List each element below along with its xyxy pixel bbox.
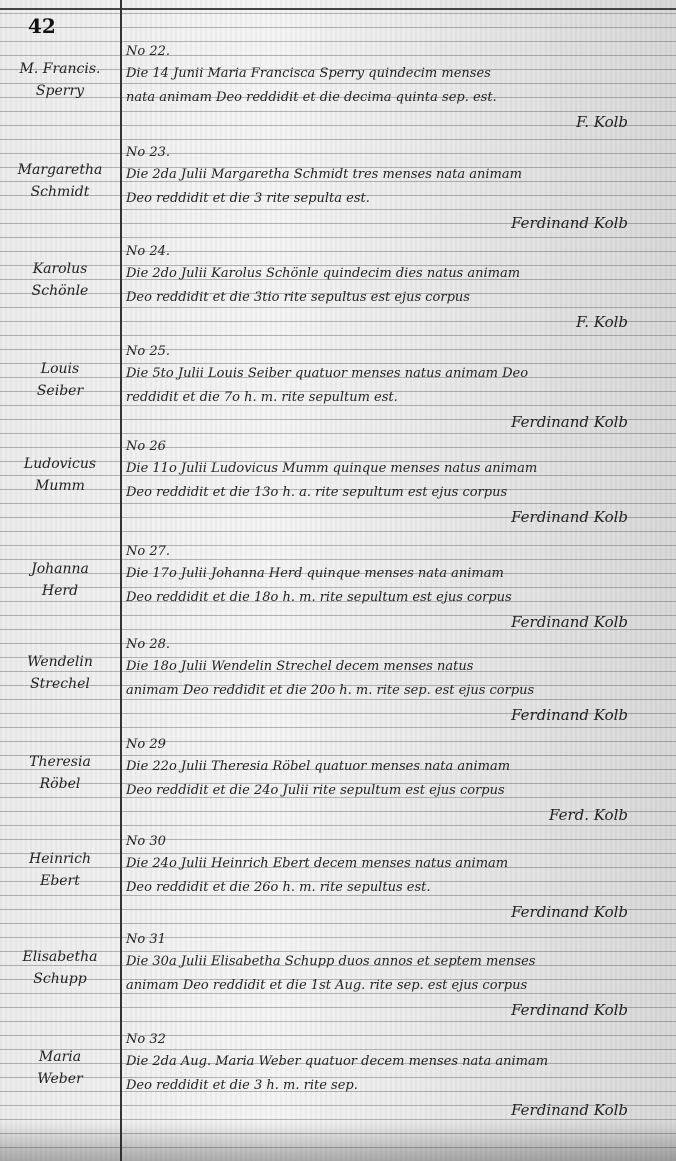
entry-number: No 31 [126, 930, 648, 950]
entry-margin-name: LudovicusMumm [4, 453, 116, 497]
margin-name-line: Karolus [4, 258, 116, 280]
priest-signature: Ferdinand Kolb [126, 211, 648, 235]
register-entry: HeinrichEbertNo 30Die 24o Julii Heinrich… [0, 832, 676, 932]
entry-text-line: Die 14 Junii Maria Francisca Sperry quin… [126, 62, 648, 86]
entry-text-line: animam Deo reddidit et die 20o h. m. rit… [126, 679, 648, 703]
margin-name-line: Maria [4, 1046, 116, 1068]
top-rule [0, 8, 676, 10]
page-number: 42 [28, 14, 56, 38]
entry-text-line: Die 2da Aug. Maria Weber quatuor decem m… [126, 1050, 648, 1074]
margin-name-line: Theresia [4, 751, 116, 773]
entry-body: No 28.Die 18o Julii Wendelin Strechel de… [126, 635, 648, 727]
priest-signature: Ferdinand Kolb [126, 610, 648, 634]
entry-text-line: Die 18o Julii Wendelin Strechel decem me… [126, 655, 648, 679]
entry-margin-name: ElisabethaSchupp [4, 946, 116, 990]
entry-text-line: Die 17o Julii Johanna Herd quinque mense… [126, 562, 648, 586]
entry-margin-name: MariaWeber [4, 1046, 116, 1090]
entry-number: No 27. [126, 542, 648, 562]
entry-number: No 26 [126, 437, 648, 457]
entry-text-line: nata animam Deo reddidit et die decima q… [126, 86, 648, 110]
register-entry: MargarethaSchmidtNo 23.Die 2da Julii Mar… [0, 143, 676, 243]
entry-body: No 29Die 22o Julii Theresia Röbel quatuo… [126, 735, 648, 827]
margin-name-line: Röbel [4, 773, 116, 795]
priest-signature: Ferdinand Kolb [126, 410, 648, 434]
entry-body: No 32Die 2da Aug. Maria Weber quatuor de… [126, 1030, 648, 1122]
entry-text-line: reddidit et die 7o h. m. rite sepultum e… [126, 386, 648, 410]
register-entry: JohannaHerdNo 27.Die 17o Julii Johanna H… [0, 542, 676, 642]
register-entry: M. Francis.SperryNo 22.Die 14 Junii Mari… [0, 42, 676, 142]
register-entry: MariaWeberNo 32Die 2da Aug. Maria Weber … [0, 1030, 676, 1130]
priest-signature: F. Kolb [126, 310, 648, 334]
entry-text-line: Die 2do Julii Karolus Schönle quindecim … [126, 262, 648, 286]
entry-body: No 30Die 24o Julii Heinrich Ebert decem … [126, 832, 648, 924]
register-entry: ElisabethaSchuppNo 31Die 30a Julii Elisa… [0, 930, 676, 1030]
entry-margin-name: WendelinStrechel [4, 651, 116, 695]
entry-body: No 23.Die 2da Julii Margaretha Schmidt t… [126, 143, 648, 235]
register-entry: KarolusSchönleNo 24.Die 2do Julii Karolu… [0, 242, 676, 342]
entry-body: No 25.Die 5to Julii Louis Seiber quatuor… [126, 342, 648, 434]
priest-signature: F. Kolb [126, 110, 648, 134]
entry-text-line: Die 2da Julii Margaretha Schmidt tres me… [126, 163, 648, 187]
entry-body: No 24.Die 2do Julii Karolus Schönle quin… [126, 242, 648, 334]
margin-name-line: Ludovicus [4, 453, 116, 475]
entry-margin-name: MargarethaSchmidt [4, 159, 116, 203]
entry-number: No 30 [126, 832, 648, 852]
entry-text-line: Die 11o Julii Ludovicus Mumm quinque men… [126, 457, 648, 481]
margin-name-line: Wendelin [4, 651, 116, 673]
entry-text-line: Die 22o Julii Theresia Röbel quatuor men… [126, 755, 648, 779]
register-entry: LouisSeiberNo 25.Die 5to Julii Louis Sei… [0, 342, 676, 442]
margin-name-line: Weber [4, 1068, 116, 1090]
margin-name-line: Sperry [4, 80, 116, 102]
register-entry: TheresiaRöbelNo 29Die 22o Julii Theresia… [0, 735, 676, 835]
register-entry: LudovicusMummNo 26Die 11o Julii Ludovicu… [0, 437, 676, 537]
entry-body: No 22.Die 14 Junii Maria Francisca Sperr… [126, 42, 648, 134]
margin-name-line: Margaretha [4, 159, 116, 181]
entry-text-line: Die 5to Julii Louis Seiber quatuor mense… [126, 362, 648, 386]
entry-text-line: Deo reddidit et die 26o h. m. rite sepul… [126, 876, 648, 900]
priest-signature: Ferdinand Kolb [126, 703, 648, 727]
register-page: 42 M. Francis.SperryNo 22.Die 14 Junii M… [0, 0, 676, 1161]
entry-margin-name: KarolusSchönle [4, 258, 116, 302]
entry-margin-name: HeinrichEbert [4, 848, 116, 892]
entry-text-line: Die 24o Julii Heinrich Ebert decem mense… [126, 852, 648, 876]
entry-number: No 22. [126, 42, 648, 62]
margin-name-line: Schönle [4, 280, 116, 302]
entry-text-line: Deo reddidit et die 13o h. a. rite sepul… [126, 481, 648, 505]
entry-text-line: Deo reddidit et die 18o h. m. rite sepul… [126, 586, 648, 610]
entry-text-line: Deo reddidit et die 3tio rite sepultus e… [126, 286, 648, 310]
margin-name-line: Mumm [4, 475, 116, 497]
entry-number: No 29 [126, 735, 648, 755]
entry-number: No 24. [126, 242, 648, 262]
priest-signature: Ferdinand Kolb [126, 1098, 648, 1122]
entry-body: No 27.Die 17o Julii Johanna Herd quinque… [126, 542, 648, 634]
priest-signature: Ferd. Kolb [126, 803, 648, 827]
entry-number: No 25. [126, 342, 648, 362]
entry-margin-name: LouisSeiber [4, 358, 116, 402]
entry-body: No 26Die 11o Julii Ludovicus Mumm quinqu… [126, 437, 648, 529]
margin-name-line: Elisabetha [4, 946, 116, 968]
entry-number: No 32 [126, 1030, 648, 1050]
entry-margin-name: M. Francis.Sperry [4, 58, 116, 102]
margin-name-line: Ebert [4, 870, 116, 892]
entry-text-line: animam Deo reddidit et die 1st Aug. rite… [126, 974, 648, 998]
entry-margin-name: JohannaHerd [4, 558, 116, 602]
entry-text-line: Die 30a Julii Elisabetha Schupp duos ann… [126, 950, 648, 974]
margin-name-line: Seiber [4, 380, 116, 402]
margin-name-line: Johanna [4, 558, 116, 580]
margin-name-line: Herd [4, 580, 116, 602]
entry-margin-name: TheresiaRöbel [4, 751, 116, 795]
scan-shadow [0, 1121, 676, 1161]
entry-text-line: Deo reddidit et die 24o Julii rite sepul… [126, 779, 648, 803]
priest-signature: Ferdinand Kolb [126, 900, 648, 924]
margin-name-line: Strechel [4, 673, 116, 695]
entry-number: No 28. [126, 635, 648, 655]
entry-text-line: Deo reddidit et die 3 h. m. rite sep. [126, 1074, 648, 1098]
margin-name-line: M. Francis. [4, 58, 116, 80]
priest-signature: Ferdinand Kolb [126, 998, 648, 1022]
priest-signature: Ferdinand Kolb [126, 505, 648, 529]
margin-name-line: Schmidt [4, 181, 116, 203]
margin-name-line: Heinrich [4, 848, 116, 870]
register-entry: WendelinStrechelNo 28.Die 18o Julii Wend… [0, 635, 676, 735]
entry-number: No 23. [126, 143, 648, 163]
entry-body: No 31Die 30a Julii Elisabetha Schupp duo… [126, 930, 648, 1022]
entry-text-line: Deo reddidit et die 3 rite sepulta est. [126, 187, 648, 211]
margin-name-line: Schupp [4, 968, 116, 990]
margin-name-line: Louis [4, 358, 116, 380]
